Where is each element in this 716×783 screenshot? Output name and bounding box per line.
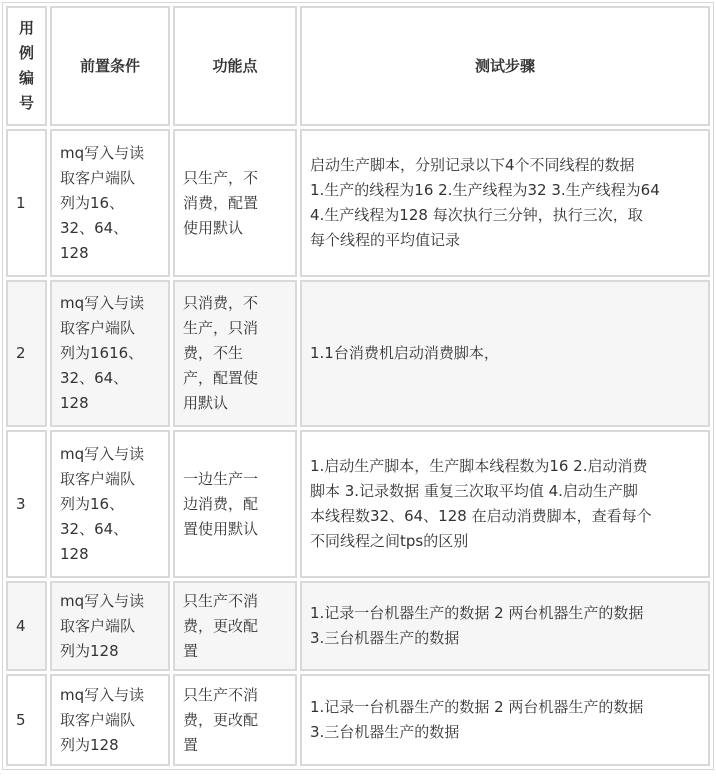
table-row: 4 mq写入与读 取客户端队 列为128 只生产不消 费，更改配 置 1.记录一… (6, 581, 710, 671)
steps-cell: 1.记录一台机器生产的数据 2 两台机器生产的数据 3.三台机器生产的数据 (300, 674, 710, 766)
steps-cell: 1.启动生产脚本，生产脚本线程数为16 2.启动消费 脚本 3.记录数据 重复三… (300, 430, 710, 578)
feature-cell: 只生产不消 费，更改配 置 (173, 581, 297, 671)
feature-cell: 只生产，不 消费，配置 使用默认 (173, 129, 297, 277)
steps-cell: 1.1台消费机启动消费脚本， (300, 280, 710, 427)
precondition-cell: mq写入与读 取客户端队 列为128 (50, 581, 170, 671)
table-row: 3 mq写入与读 取客户端队 列为16、 32、64、 128 一边生产一 边消… (6, 430, 710, 578)
steps-cell: 1.记录一台机器生产的数据 2 两台机器生产的数据 3.三台机器生产的数据 (300, 581, 710, 671)
case-id: 5 (6, 674, 47, 766)
header-case-id: 用 例 编 号 (6, 6, 47, 126)
header-steps: 测试步骤 (300, 6, 710, 126)
test-case-table: 用 例 编 号 前置条件 功能点 测试步骤 1 mq写入与读 取客户端队 列为1… (2, 2, 714, 770)
precondition-cell: mq写入与读 取客户端队 列为16、 32、64、 128 (50, 129, 170, 277)
feature-cell: 只消费，不 生产，只消 费，不生 产，配置使 用默认 (173, 280, 297, 427)
header-precondition: 前置条件 (50, 6, 170, 126)
feature-cell: 一边生产一 边消费，配 置使用默认 (173, 430, 297, 578)
table-row: 5 mq写入与读 取客户端队 列为128 只生产不消 费，更改配 置 1.记录一… (6, 674, 710, 766)
precondition-cell: mq写入与读 取客户端队 列为128 (50, 674, 170, 766)
table-row: 1 mq写入与读 取客户端队 列为16、 32、64、 128 只生产，不 消费… (6, 129, 710, 277)
steps-cell: 启动生产脚本，分别记录以下4个不同线程的数据 1.生产的线程为16 2.生产线程… (300, 129, 710, 277)
case-id: 3 (6, 430, 47, 578)
case-id: 4 (6, 581, 47, 671)
case-id: 2 (6, 280, 47, 427)
feature-cell: 只生产不消 费，更改配 置 (173, 674, 297, 766)
header-row: 用 例 编 号 前置条件 功能点 测试步骤 (6, 6, 710, 126)
table-row: 2 mq写入与读 取客户端队 列为1616、 32、64、 128 只消费，不 … (6, 280, 710, 427)
header-feature: 功能点 (173, 6, 297, 126)
precondition-cell: mq写入与读 取客户端队 列为16、 32、64、 128 (50, 430, 170, 578)
case-id: 1 (6, 129, 47, 277)
precondition-cell: mq写入与读 取客户端队 列为1616、 32、64、 128 (50, 280, 170, 427)
